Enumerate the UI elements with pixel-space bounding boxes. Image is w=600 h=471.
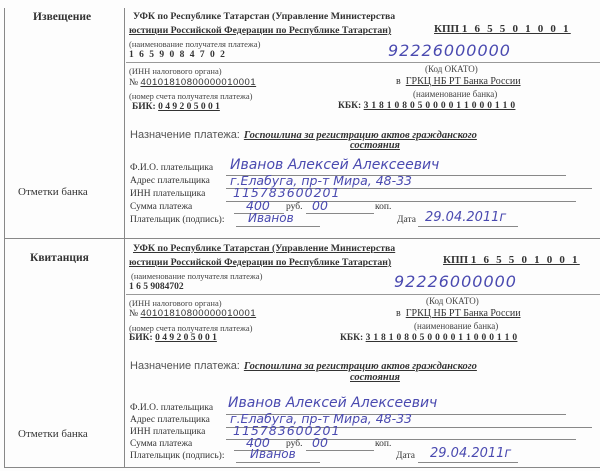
account-value: 40101810800000010001 [140,77,256,88]
recipient-line-1: УФК по Республике Татарстан (Управление … [133,11,395,22]
recipient-line-1: УФК по Республике Татарстан (Управление … [133,243,395,254]
signature-value: Иванов [248,211,294,225]
amount-kop-line [306,213,374,214]
bank-value: ГРКЦ НБ РТ Банка России [406,76,521,87]
kpp-field: КПП 1 6 5 5 0 1 0 0 1 [443,254,580,266]
okato-value: 92226000000 [388,41,511,60]
amount-kop-value: 00 [312,435,328,450]
payer-address-label: Адрес плательщика [130,415,210,425]
signature-label: Плательщик (подпись): [130,451,224,461]
purpose-label: Назначение платежа: [130,129,240,141]
bank-caption: (наименование банка) [414,321,498,331]
recipient-caption: (наименование получателя платежа) [129,39,260,49]
kop-label: коп. [375,202,391,212]
bank-field: в ГРКЦ НБ РТ Банка России [396,76,521,87]
signature-line [236,226,320,227]
kpp-field: КПП 1 6 5 5 0 1 0 0 1 [434,23,571,35]
kbk-field: КБК: 3 1 8 1 0 8 0 5 0 0 0 0 1 1 0 0 0 1… [340,333,517,343]
purpose-value-line-2: состояния [350,140,400,151]
bottom-border [4,467,600,468]
amount-label: Сумма платежа [130,439,192,449]
kpp-label: КПП [443,254,468,266]
payer-name-value: Иванов Алексей Алексеевич [228,395,437,411]
bik-field: БИК: 0 4 9 2 0 5 0 0 1 [129,333,217,343]
tax-inn-caption: (ИНН налогового органа) [129,298,222,308]
inn-separator [126,62,600,63]
bik-label: БИК: [129,333,153,343]
bank-marks-label: Отметки банка [18,428,88,440]
payer-name-value: Иванов Алексей Алексеевич [230,157,439,173]
payer-inn-line [226,201,576,202]
recipient-line-2: юстиции Российской Федерации по Республи… [129,25,391,36]
okato-caption: (Код ОКАТО) [426,296,479,306]
account-field: № 40101810800000010001 [129,308,256,319]
amount-kop-line [306,450,374,451]
account-prefix: № [129,78,138,88]
purpose-value-line-1: Госпошлина за регистрацию актов гражданс… [244,361,477,372]
kbk-label: КБК: [340,333,363,343]
amount-kop-value: 00 [312,198,328,213]
bank-marks-label: Отметки банка [18,186,88,198]
payment-purpose: Назначение платежа: Госпошлина за регист… [130,125,477,143]
tax-inn-value: 1 6 5 9084702 [129,282,184,292]
tax-inn-value: 1 6 5 9 0 8 4 7 0 2 [129,50,226,60]
kop-label: коп. [375,439,391,449]
bik-value: 0 4 9 2 0 5 0 0 1 [155,333,217,343]
section-title-receipt: Квитанция [30,252,89,264]
bik-value: 0 4 9 2 0 5 0 0 1 [158,102,220,112]
signature-label: Плательщик (подпись): [130,215,224,225]
okato-caption: (Код ОКАТО) [425,64,478,74]
account-field: № 40101810800000010001 [129,77,256,88]
account-prefix: № [129,309,138,319]
tax-inn-caption: (ИНН налогового органа) [129,66,222,76]
payer-inn-label: ИНН плательщика [130,189,205,199]
date-value: 29.04.2011г [425,210,506,225]
bank-field: в ГРКЦ НБ РТ Банка России [396,308,521,319]
inn-separator [126,294,600,295]
recipient-caption: (наименование получателя платежа) [131,271,262,281]
bik-field: БИК: 0 4 9 2 0 5 0 0 1 [132,102,220,112]
bank-caption: (наименование банка) [413,89,497,99]
account-caption: (номер счета получателя платежа) [129,91,252,101]
bank-prefix: в [396,308,401,319]
payment-purpose: Назначение платежа: Госпошлина за регист… [130,356,477,374]
kpp-value: 1 6 5 5 0 1 0 0 1 [471,254,580,266]
kpp-label: КПП [434,23,459,35]
payer-address-label: Адрес плательщика [130,176,210,186]
signature-line [236,462,320,463]
bank-prefix: в [396,76,401,87]
payer-inn-line [226,439,576,440]
payer-name-label: Ф.И.О. плательщика [130,163,213,173]
section-title-notice: Извещение [33,11,91,23]
account-caption: (номер счета получателя платежа) [129,323,252,333]
bik-label: БИК: [132,102,156,112]
kbk-field: КБК: 3 1 8 1 0 8 0 5 0 0 0 0 1 1 0 0 0 1… [338,101,515,111]
date-label: Дата [397,215,416,225]
signature-value: Иванов [250,447,296,461]
purpose-value-line-2: состояния [350,372,400,383]
kpp-value: 1 6 5 5 0 1 0 0 1 [462,23,571,35]
date-value: 29.04.2011г [430,446,511,461]
bank-value: ГРКЦ НБ РТ Банка России [406,308,521,319]
payer-name-label: Ф.И.О. плательщика [130,403,213,413]
payer-inn-label: ИНН плательщика [130,427,205,437]
section-divider [4,238,600,239]
kbk-value: 3 1 8 1 0 8 0 5 0 0 0 0 1 1 0 0 0 1 1 0 [364,101,516,111]
purpose-label: Назначение платежа: [130,360,240,372]
date-label: Дата [396,451,415,461]
kbk-value: 3 1 8 1 0 8 0 5 0 0 0 0 1 1 0 0 0 1 1 0 [366,333,518,343]
okato-value: 92226000000 [394,272,517,291]
kbk-label: КБК: [338,101,361,111]
amount-label: Сумма платежа [130,202,192,212]
recipient-line-2: юстиции Российской Федерации по Республи… [129,257,391,268]
date-line [418,226,518,227]
account-value: 40101810800000010001 [140,308,256,319]
date-line [418,462,518,463]
